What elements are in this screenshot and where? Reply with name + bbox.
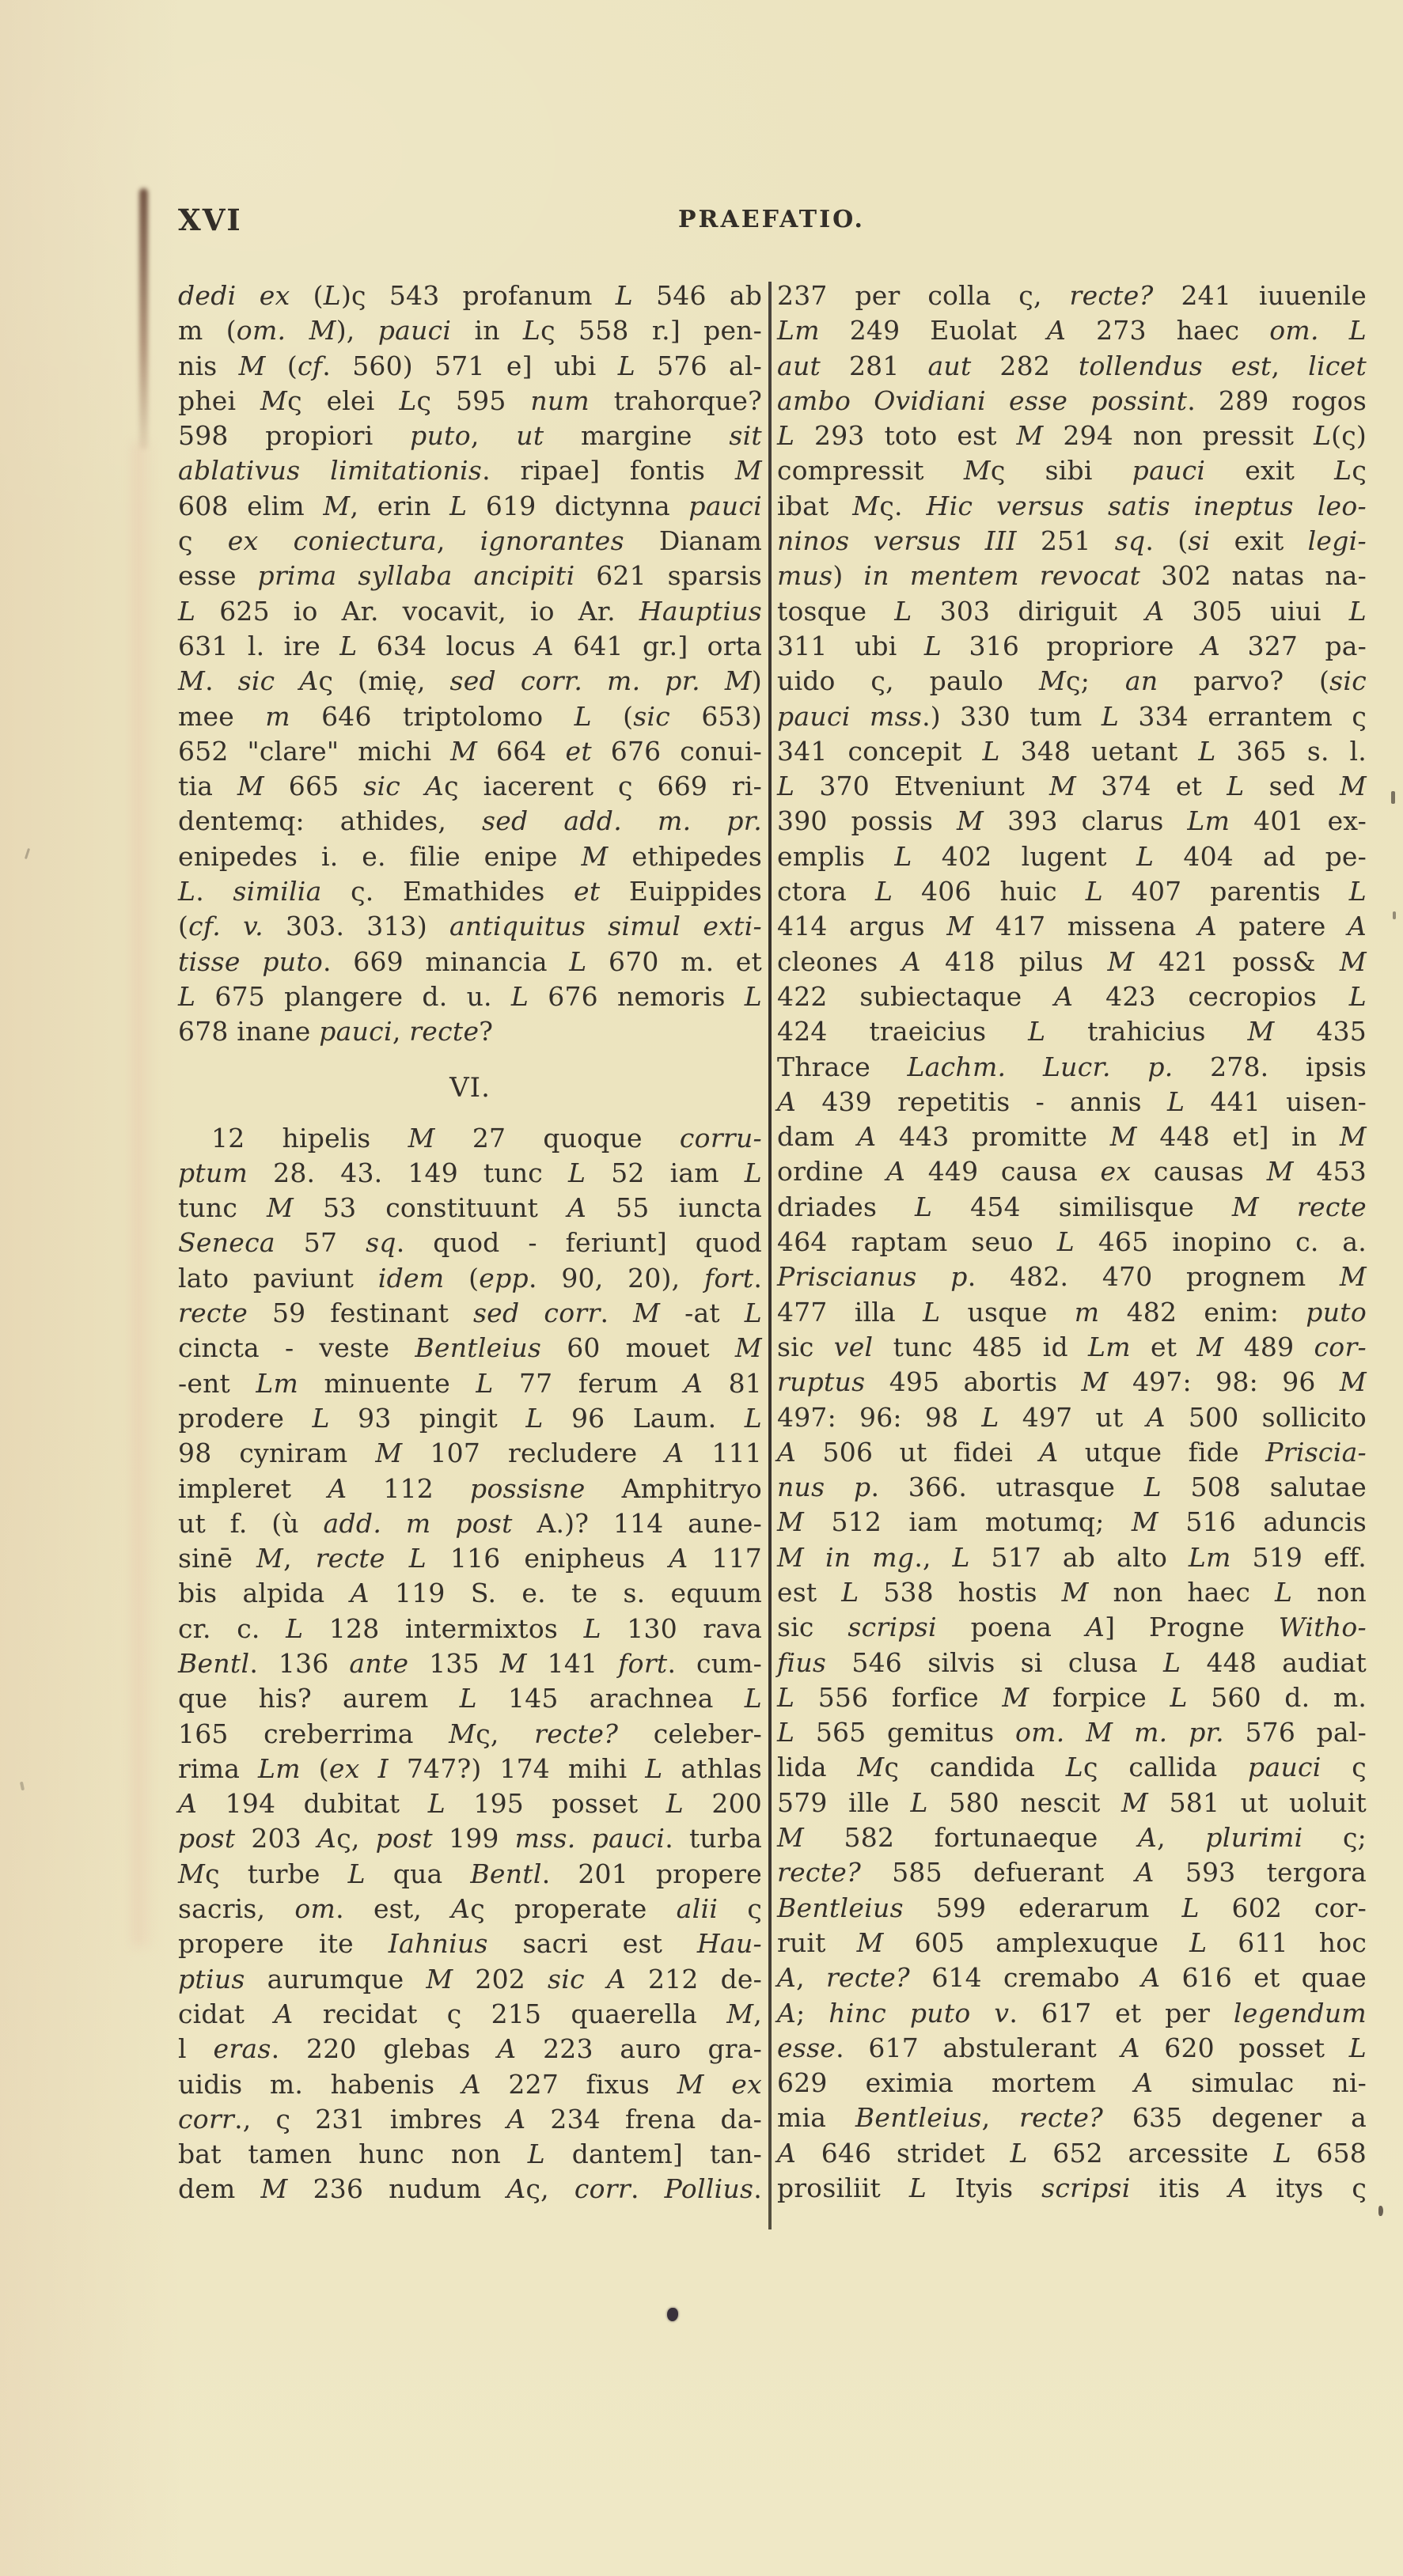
ink-speck	[20, 1782, 25, 1791]
text-line: enipedes i. e. filie enipe M ethipedes	[178, 839, 762, 874]
ink-blot	[667, 2308, 678, 2321]
text-line: A 439 repetitis - annis L 441 uisen-	[777, 1085, 1367, 1119]
text-line: dedi ex (L)ς 543 profanum L 546 ab	[178, 278, 762, 313]
text-line: 98 cyniram M 107 recludere A 111	[178, 1436, 762, 1471]
book-page-scan: XVI PRAEFATIO. dedi ex (L)ς 543 profanum…	[0, 0, 1403, 2576]
text-line: 341 concepit L 348 uetant L 365 s. l.	[777, 734, 1367, 769]
text-line: Bentleius 599 ederarum L 602 cor-	[777, 1891, 1367, 1926]
text-line: bis alpida A 119 S. e. te s. equum	[178, 1576, 762, 1611]
page-header: XVI PRAEFATIO.	[178, 203, 1365, 244]
text-line: compressit Mς sibi pauci exit Lς	[777, 453, 1367, 488]
text-line: tisse puto. 669 minancia L 670 m. et	[178, 945, 762, 979]
text-line: 422 subiectaque A 423 cecropios L	[777, 979, 1367, 1014]
text-line: esse prima syllaba ancipiti 621 sparsis	[178, 559, 762, 593]
text-line: que his? aurem L 145 arachnea L	[178, 1681, 762, 1716]
text-line: L 675 plangere d. u. L 676 nemoris L	[178, 979, 762, 1014]
text-line: aut 281 aut 282 tollendus est, licet	[777, 349, 1367, 384]
text-line: phei Mς elei Lς 595 num trahorque?	[178, 384, 762, 419]
text-line: 424 traeicius L trahicius M 435	[777, 1014, 1367, 1049]
text-line: lato paviunt idem (epp. 90, 20), fort.	[178, 1261, 762, 1296]
text-line: L 625 io Ar. vocavit, io Ar. Hauptius	[178, 594, 762, 629]
text-line: corr., ς 231 imbres A 234 frena da-	[178, 2102, 762, 2137]
text-line: 598 propiori puto, ut margine sit	[178, 419, 762, 453]
text-line: impleret A 112 possisne Amphitryo	[178, 1472, 762, 1506]
text-line: 631 l. ire L 634 locus A 641 gr.] orta	[178, 629, 762, 664]
text-line: esse. 617 abstulerant A 620 posset L	[777, 2031, 1367, 2066]
text-line: cleones A 418 pilus M 421 poss& M	[777, 945, 1367, 979]
text-line: -ent Lm minuente L 77 ferum A 81	[178, 1366, 762, 1401]
text-line: Thrace Lachm. Lucr. p. 278. ipsis	[777, 1050, 1367, 1085]
text-line: ablativus limitationis. ripae] fontis M	[178, 453, 762, 488]
text-line: mus) in mentem revocat 302 natas na-	[777, 559, 1367, 593]
text-line: 497: 96: 98 L 497 ut A 500 sollicito	[777, 1400, 1367, 1435]
text-line: Bentl. 136 ante 135 M 141 fort. cum-	[178, 1646, 762, 1681]
text-line: sacris, om. est, Aς properate alii ς	[178, 1892, 762, 1926]
text-line: ς ex coniectura, ignorantes Dianam	[178, 524, 762, 559]
text-line: mia Bentleius, recte? 635 degener a	[777, 2101, 1367, 2135]
text-line: A 194 dubitat L 195 posset L 200	[178, 1786, 762, 1821]
text-line: 237 per colla ς, recte? 241 iuuenile	[777, 278, 1367, 313]
text-line: M 512 iam motumq; M 516 aduncis	[777, 1505, 1367, 1540]
text-line: est L 538 hostis M non haec L non	[777, 1575, 1367, 1610]
text-line: nis M (cf. 560) 571 e] ubi L 576 al-	[178, 349, 762, 384]
text-line: cidat A recidat ς 215 quaerella M,	[178, 1997, 762, 2032]
text-line: ninos versus III 251 sq. (si exit legi-	[777, 524, 1367, 559]
text-line: L. similia ς. Emathides et Euippides	[178, 874, 762, 909]
text-line: sic scripsi poena A] Progne Witho-	[777, 1610, 1367, 1645]
text-line: 652 "clare" michi M 664 et 676 conui-	[178, 734, 762, 769]
text-line: Lm 249 Euolat A 273 haec om. L	[777, 313, 1367, 348]
text-line: fius 546 silvis si clusa L 448 audiat	[777, 1646, 1367, 1680]
column-divider-rule	[768, 282, 772, 2229]
text-line: lida Mς candida Lς callida pauci ς	[777, 1750, 1367, 1785]
text-line: L 370 Etveniunt M 374 et L sed M	[777, 769, 1367, 804]
text-line: cincta - veste Bentleius 60 mouet M	[178, 1331, 762, 1366]
text-line: ordine A 449 causa ex causas M 453	[777, 1154, 1367, 1189]
text-line: 608 elim M, erin L 619 dictynna pauci	[178, 489, 762, 524]
right-column: 237 per colla ς, recte? 241 iuuenileLm 2…	[777, 278, 1367, 2206]
text-line: (cf. v. 303. 313) antiquitus simul exti-	[178, 909, 762, 944]
text-line: rima Lm (ex I 747?) 174 mihi L athlas	[178, 1752, 762, 1786]
ink-speck	[1393, 911, 1396, 919]
section-heading: VI.	[178, 1072, 762, 1107]
ink-speck	[25, 848, 30, 859]
running-title: PRAEFATIO.	[178, 206, 1365, 233]
text-line: prosiliit L Ityis scripsi itis A itys ς	[777, 2171, 1367, 2206]
text-line: tunc M 53 constituunt A 55 iuncta	[178, 1191, 762, 1225]
text-line: 477 illa L usque m 482 enim: puto	[777, 1295, 1367, 1330]
text-line: 629 eximia mortem A simulac ni-	[777, 2066, 1367, 2101]
text-line: A 506 ut fidei A utque fide Priscia-	[777, 1435, 1367, 1470]
text-line: dentemq: athides, sed add. m. pr.	[178, 804, 762, 839]
text-line: ruit M 605 amplexuque L 611 hoc	[777, 1926, 1367, 1960]
text-line: 678 inane pauci, recte?	[178, 1014, 762, 1049]
text-line: post 203 Aς, post 199 mss. pauci. turba	[178, 1821, 762, 1856]
text-line: ptum 28. 43. 149 tunc L 52 iam L	[178, 1156, 762, 1191]
text-line: propere ite Iahnius sacri est Hau-	[178, 1926, 762, 1961]
text-line: pauci mss.) 330 tum L 334 errantem ς	[777, 699, 1367, 734]
text-line: 579 ille L 580 nescit M 581 ut uoluit	[777, 1786, 1367, 1820]
text-line: tosque L 303 diriguit A 305 uiui L	[777, 594, 1367, 629]
text-line: 414 argus M 417 missena A patere A	[777, 909, 1367, 944]
text-line: dam A 443 promitte M 448 et] in M	[777, 1119, 1367, 1154]
text-line: 12 hipelis M 27 quoque corru-	[178, 1121, 762, 1156]
text-line: sinē M, recte L 116 enipheus A 117	[178, 1541, 762, 1576]
left-column-paragraph-2: 12 hipelis M 27 quoque corru-ptum 28. 43…	[178, 1121, 762, 2207]
left-column: dedi ex (L)ς 543 profanum L 546 abm (om.…	[178, 278, 762, 2207]
text-line: ibat Mς. Hic versus satis ineptus leo-	[777, 489, 1367, 524]
text-line: L 556 forfice M forpice L 560 d. m.	[777, 1680, 1367, 1715]
text-line: m (om. M), pauci in Lς 558 r.] pen-	[178, 313, 762, 348]
text-line: 390 possis M 393 clarus Lm 401 ex-	[777, 804, 1367, 839]
text-line: recte 59 festinant sed corr. M -at L	[178, 1296, 762, 1331]
left-column-paragraph-1: dedi ex (L)ς 543 profanum L 546 abm (om.…	[178, 278, 762, 1050]
text-line: M. sic Aς (mię, sed corr. m. pr. M)	[178, 664, 762, 699]
scan-streak-artifact	[139, 188, 148, 449]
text-line: prodere L 93 pingit L 96 Laum. L	[178, 1401, 762, 1436]
text-line: L 565 gemitus om. M m. pr. 576 pal-	[777, 1715, 1367, 1750]
text-line: bat tamen hunc non L dantem] tan-	[178, 2137, 762, 2172]
text-line: driades L 454 similisque M recte	[777, 1190, 1367, 1225]
scan-edge-tint	[133, 443, 154, 1946]
text-line: uidis m. habenis A 227 fixus M ex	[178, 2067, 762, 2102]
text-line: mee m 646 triptolomo L (sic 653)	[178, 699, 762, 734]
text-line: ut f. (ù add. m post A.)? 114 aune-	[178, 1506, 762, 1541]
text-line: recte? 585 defuerant A 593 tergora	[777, 1855, 1367, 1890]
text-line: 311 ubi L 316 propriore A 327 pa-	[777, 629, 1367, 664]
text-line: Priscianus p. 482. 470 prognem M	[777, 1260, 1367, 1294]
text-line: sic vel tunc 485 id Lm et M 489 cor-	[777, 1330, 1367, 1365]
text-line: 464 raptam seuo L 465 inopino c. a.	[777, 1225, 1367, 1260]
text-line: M 582 fortunaeque A, plurimi ς;	[777, 1820, 1367, 1855]
text-line: A 646 stridet L 652 arcessite L 658	[777, 2136, 1367, 2171]
text-line: ambo Ovidiani esse possint. 289 rogos	[777, 384, 1367, 419]
ink-speck	[1391, 791, 1395, 804]
text-line: A; hinc puto v. 617 et per legendum	[777, 1996, 1367, 2031]
text-line: ctora L 406 huic L 407 parentis L	[777, 874, 1367, 909]
text-line: dem M 236 nudum Aς, corr. Pollius.	[178, 2172, 762, 2207]
text-line: Mς turbe L qua Bentl. 201 propere	[178, 1857, 762, 1892]
text-line: nus p. 366. utrasque L 508 salutae	[777, 1470, 1367, 1505]
text-line: ruptus 495 abortis M 497: 98: 96 M	[777, 1365, 1367, 1400]
text-line: M in mg., L 517 ab alto Lm 519 eff.	[777, 1540, 1367, 1575]
ink-speck	[1378, 2206, 1383, 2216]
text-line: 165 creberrima Mς, recte? celeber-	[178, 1717, 762, 1752]
text-line: A, recte? 614 cremabo A 616 et quae	[777, 1960, 1367, 1995]
text-line: l eras. 220 glebas A 223 auro gra-	[178, 2032, 762, 2066]
text-line: cr. c. L 128 intermixtos L 130 rava	[178, 1612, 762, 1646]
text-line: uido ς, paulo Mς; an parvo? (sic	[777, 664, 1367, 699]
text-line: emplis L 402 lugent L 404 ad pe-	[777, 839, 1367, 874]
text-line: Seneca 57 sq. quod - feriunt] quod	[178, 1225, 762, 1260]
right-column-paragraph: 237 per colla ς, recte? 241 iuuenileLm 2…	[777, 278, 1367, 2206]
text-line: ptius aurumque M 202 sic A 212 de-	[178, 1962, 762, 1997]
text-line: L 293 toto est M 294 non pressit L(ς)	[777, 419, 1367, 453]
text-line: tia M 665 sic Aς iacerent ς 669 ri-	[178, 769, 762, 804]
